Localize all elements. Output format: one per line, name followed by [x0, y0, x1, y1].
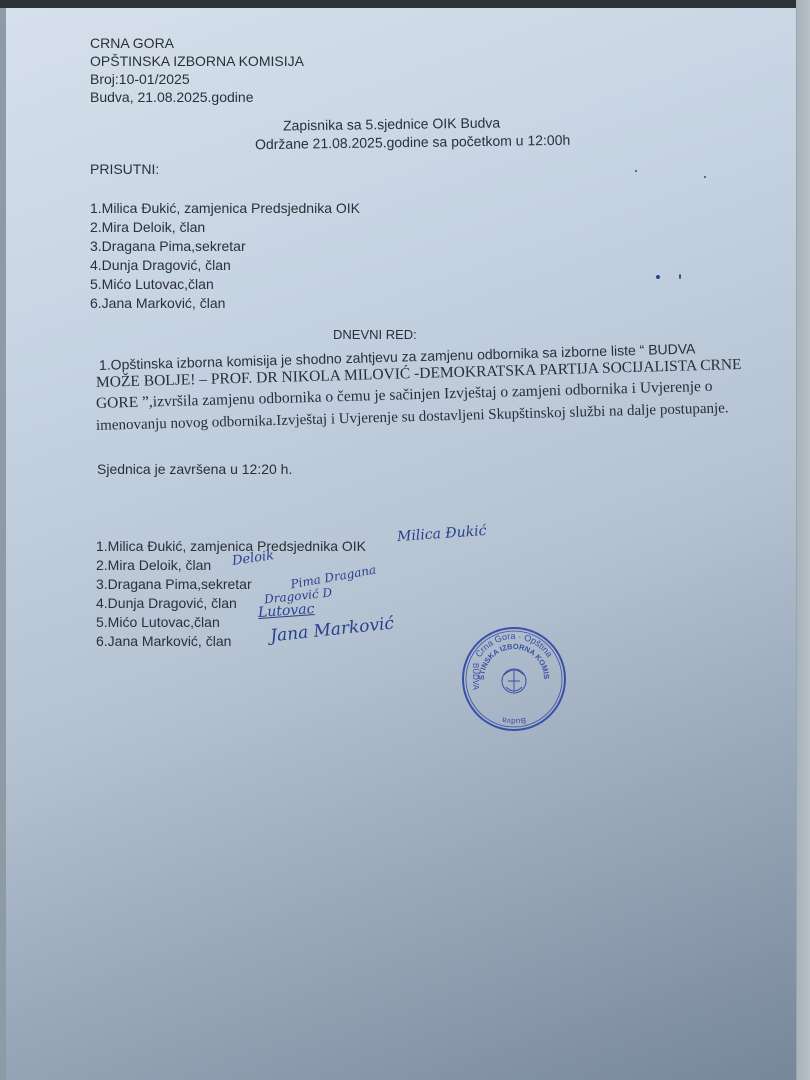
present-member: 6.Jana Marković, član [90, 294, 225, 312]
ink-speck [704, 176, 706, 178]
page-top-edge [0, 0, 810, 8]
signature-member: 4.Dunja Dragović, član [96, 594, 237, 612]
svg-text:BUDVA: BUDVA [471, 663, 480, 691]
header-place-date: Budva, 21.08.2025.godine [90, 88, 253, 106]
header-number: Broj:10-01/2025 [90, 70, 190, 88]
header-country: CRNA GORA [90, 34, 174, 52]
svg-text:Budva: Budva [501, 715, 527, 726]
header-institution: OPŠTINSKA IZBORNA KOMISIJA [90, 52, 304, 70]
session-closing: Sjednica je završena u 12:20 h. [97, 460, 292, 478]
agenda-heading: DNEVNI RED: [333, 326, 417, 344]
signature-member: 1.Milica Đukić, zamjenica Predsjednika O… [96, 537, 366, 555]
stamp-seal-icon: Crna Gora · Opština OPŠTINSKA IZBORNA KO… [460, 625, 568, 733]
ink-speck [656, 275, 660, 279]
ink-speck [679, 274, 681, 279]
signature-member: 2.Mira Deloik, član [96, 556, 211, 574]
ink-speck [635, 170, 637, 172]
present-member: 2.Mira Deloik, član [90, 218, 205, 236]
signature-member: 6.Jana Marković, član [96, 632, 231, 650]
page-right-edge [796, 0, 810, 1080]
signature-member: 3.Dragana Pima,sekretar [96, 575, 252, 593]
present-member: 3.Dragana Pima,sekretar [90, 237, 246, 255]
present-member: 4.Dunja Dragović, član [90, 256, 231, 274]
official-stamp: Crna Gora · Opština OPŠTINSKA IZBORNA KO… [460, 625, 568, 733]
signature-member: 5.Mićo Lutovac,član [96, 613, 220, 631]
present-member: 1.Milica Đukić, zamjenica Predsjednika O… [90, 199, 360, 217]
present-member: 5.Mićo Lutovac,član [90, 275, 214, 293]
present-heading: PRISUTNI: [90, 160, 159, 178]
